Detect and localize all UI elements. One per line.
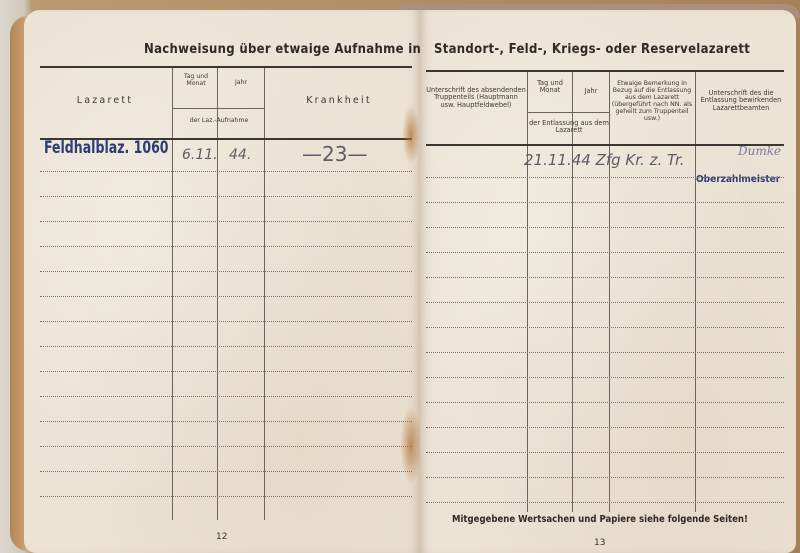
rust-stain [402, 105, 420, 165]
row-line [426, 202, 784, 203]
row-line [426, 302, 784, 303]
row-line [40, 196, 412, 197]
row-line [40, 396, 412, 397]
col-header-krankheit: Krankheit [266, 96, 412, 107]
row-line [40, 321, 412, 322]
column-divider [527, 72, 528, 512]
admission-year: 44. [229, 147, 251, 163]
col-header-aufnahme: der Laz.-Aufnahme [174, 118, 264, 125]
column-divider [572, 72, 573, 512]
row-line [40, 446, 412, 447]
row-line [426, 352, 784, 353]
row-line [426, 252, 784, 253]
row-line [40, 246, 412, 247]
page-number-left: 12 [216, 532, 227, 542]
col-header-tag-monat: Tag und Monat [528, 80, 572, 95]
col-header-jahr: Jahr [573, 88, 609, 95]
lazarett-stamp: Feldhalblaz. 1060 [44, 138, 169, 158]
row-line [40, 371, 412, 372]
col-header-unterschrift-truppenteil: Unterschrift des absendenden Truppenteil… [426, 87, 526, 109]
row-line [40, 421, 412, 422]
header-subrule [172, 108, 264, 109]
oberzahlmeister-stamp: Oberzahlmeister [696, 174, 780, 185]
row-line [426, 477, 784, 478]
row-line [426, 452, 784, 453]
row-line [40, 296, 412, 297]
row-line [426, 327, 784, 328]
admission-day-month: 6.11. [182, 147, 218, 163]
header-rule-top [40, 66, 412, 68]
header-rule-bottom [426, 144, 784, 146]
col-header-bemerkung: Etwaige Bemerkung in Bezug auf die Entla… [610, 81, 694, 123]
column-divider [609, 72, 610, 512]
row-line [426, 277, 784, 278]
row-line [426, 377, 784, 378]
column-divider [264, 68, 265, 520]
right-page-title: Standort-, Feld-, Kriegs- oder Reservela… [434, 42, 750, 57]
row-line [426, 402, 784, 403]
row-line [426, 227, 784, 228]
row-line [426, 177, 784, 178]
row-line [426, 502, 784, 503]
header-rule-top [426, 70, 784, 72]
row-line [426, 427, 784, 428]
page-number-right: 13 [594, 538, 605, 548]
official-signature: Dumke [738, 144, 781, 158]
rust-stain [400, 405, 422, 485]
row-line [40, 271, 412, 272]
col-header-tag-monat: Tag und Monat [174, 74, 218, 88]
left-page-title: Nachweisung über etwaige Aufnahme in ein [144, 42, 447, 57]
row-line [40, 221, 412, 222]
column-divider [172, 68, 173, 520]
col-header-lazarett: Lazarett [40, 96, 170, 107]
soldbuch-spread: Nachweisung über etwaige Aufnahme in ein… [10, 4, 800, 553]
left-page: Nachweisung über etwaige Aufnahme in ein… [24, 10, 420, 553]
right-page: Standort-, Feld-, Kriegs- oder Reservela… [420, 10, 796, 553]
row-line [40, 171, 412, 172]
row-line [40, 471, 412, 472]
row-line [40, 346, 412, 347]
discharge-entry: 21.11.44 Zfg Kr. z. Tr. [524, 151, 685, 169]
column-divider [695, 72, 696, 512]
column-divider [217, 68, 218, 520]
col-header-unterschrift-beamten: Unterschrift des die Entlassung bewirken… [697, 90, 785, 112]
footer-note: Mitgegebene Wertsachen und Papiere siehe… [452, 514, 748, 525]
illness-code: —23— [302, 142, 367, 166]
col-header-entlassung: der Entlassung aus dem Lazarett [528, 120, 610, 135]
header-subrule [527, 112, 609, 113]
col-header-jahr: Jahr [219, 80, 263, 87]
row-line [40, 496, 412, 497]
